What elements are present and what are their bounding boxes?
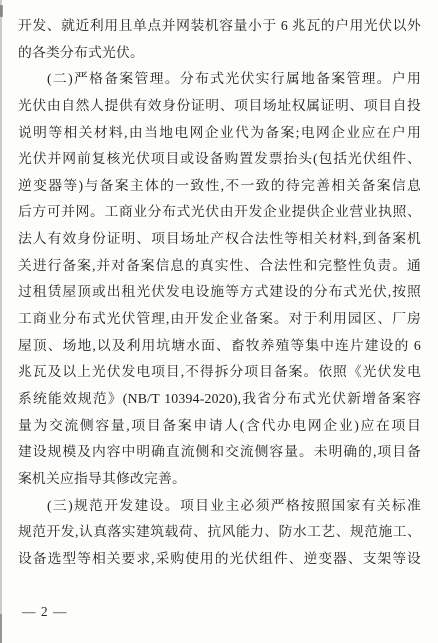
document-page: 开发、就近利用且单点并网装机容量小于 6 兆瓦的户用光伏以外 的各类分布式光伏。… xyxy=(0,0,438,643)
text-line: 系统能效规范》(NB/T 10394-2020),我省分布式光伏新增备案容 xyxy=(18,386,421,413)
text-line: 光伏并网前复核光伏项目或设备购置发票抬头(包括光伏组件、 xyxy=(18,146,421,173)
text-line: 设备选型等相关要求,采购使用的光伏组件、逆变器、支架等设 xyxy=(18,546,421,573)
paragraph-section-3: (三)规范开发建设。项目业主必须严格按照国家有关标准 规范开发,认真落实建筑载荷… xyxy=(18,493,421,573)
text-line: 后方可并网。工商业分布式光伏由开发企业提供企业营业执照、 xyxy=(18,199,421,226)
text-line: 屋顶、场地,以及利用坑塘水面、畜牧养殖等集中连片建设的 6 xyxy=(18,333,421,360)
text-line: 开发、就近利用且单点并网装机容量小于 6 兆瓦的户用光伏以外 xyxy=(18,13,421,40)
scan-edge-artifact xyxy=(0,0,2,643)
text-line: 兆瓦及以上光伏发电项目,不得拆分项目备案。依照《光伏发电 xyxy=(18,359,421,386)
text-line: 的各类分布式光伏。 xyxy=(18,40,421,67)
text-line: (三)规范开发建设。项目业主必须严格按照国家有关标准 xyxy=(18,493,421,520)
paragraph-continuation: 开发、就近利用且单点并网装机容量小于 6 兆瓦的户用光伏以外 的各类分布式光伏。 xyxy=(18,13,421,66)
scan-mark-bottom-artifact xyxy=(0,614,2,643)
text-line: 光伏由自然人提供有效身份证明、项目场址权属证明、项目自投 xyxy=(18,93,421,120)
text-line: 过租赁屋顶或出租光伏发电设施等方式建设的分布式光伏,按照 xyxy=(18,279,421,306)
text-line: 工商业分布式光伏管理,由开发企业备案。对于利用园区、厂房 xyxy=(18,306,421,333)
text-line: 规范开发,认真落实建筑载荷、抗风能力、防水工艺、规范施工、 xyxy=(18,519,421,546)
text-line: 说明等相关材料,由当地电网企业代为备案;电网企业应在户用 xyxy=(18,120,421,147)
text-line: 案机关应指导其修改完善。 xyxy=(18,466,421,493)
text-line: 建设规模及内容中明确直流侧和交流侧容量。未明确的,项目备 xyxy=(18,439,421,466)
scan-mark-top-artifact xyxy=(0,5,3,17)
paragraph-section-2: (二)严格备案管理。分布式光伏实行属地备案管理。户用 光伏由自然人提供有效身份证… xyxy=(18,66,421,492)
text-line: 法人有效身份证明、项目场址产权合法性等相关材料,到备案机 xyxy=(18,226,421,253)
text-line: 关进行备案,并对备案信息的真实性、合法性和完整性负责。通 xyxy=(18,253,421,280)
text-line: 逆变器等)与备案主体的一致性,不一致的待完善相关备案信息 xyxy=(18,173,421,200)
document-body: 开发、就近利用且单点并网装机容量小于 6 兆瓦的户用光伏以外 的各类分布式光伏。… xyxy=(18,13,421,572)
page-number: — 2 — xyxy=(22,603,68,621)
text-line: 量为交流侧容量,项目备案申请人(含代办电网企业)应在项目 xyxy=(18,413,421,440)
text-line: (二)严格备案管理。分布式光伏实行属地备案管理。户用 xyxy=(18,66,421,93)
